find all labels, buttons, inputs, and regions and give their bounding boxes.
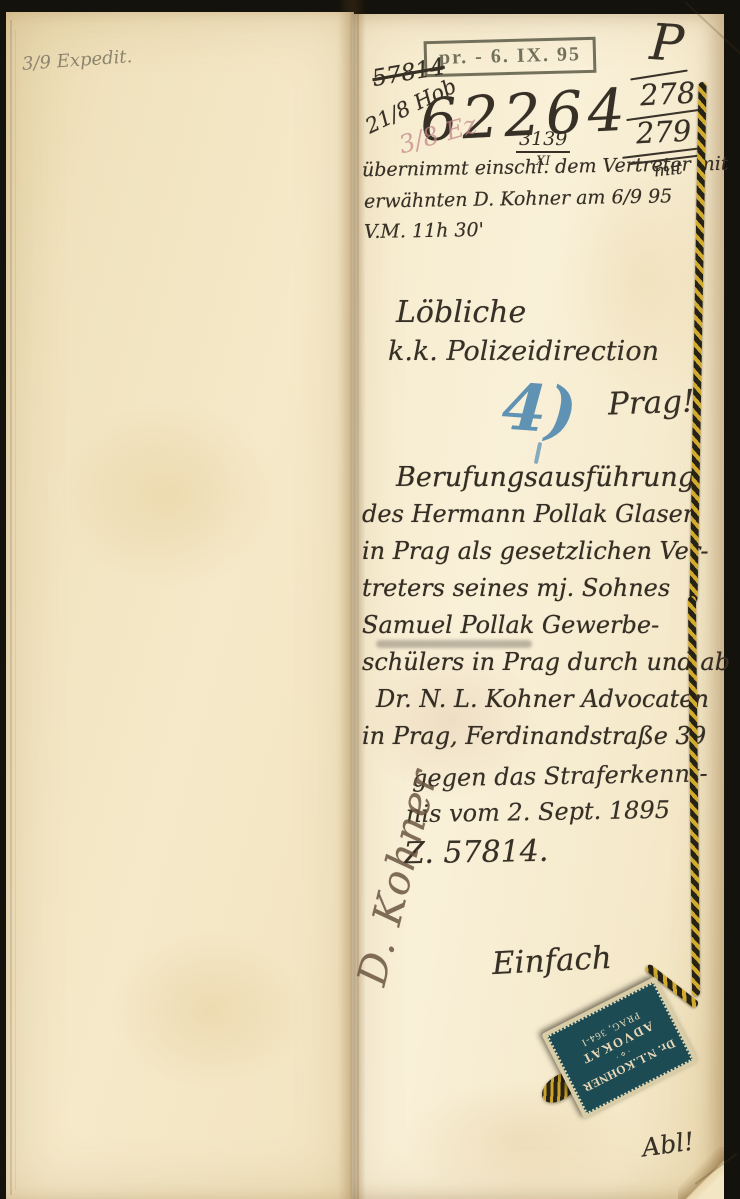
address-line-1: Löbliche xyxy=(396,298,526,328)
registry-note-line: V.M. 11h 30' xyxy=(364,221,484,242)
page-mark: P xyxy=(648,17,685,69)
body-line: des Hermann Pollak Glaser xyxy=(362,496,734,533)
address-line-2: k.k. Polizeidirection xyxy=(388,338,659,365)
graphite-smudge-underline xyxy=(376,640,532,648)
body-line: treters seines mj. Sohnes xyxy=(362,570,734,607)
body-line: in Prag, Ferdinandstraße 39 xyxy=(362,718,734,755)
body-paragraph: Berufungsausführung des Hermann Pollak G… xyxy=(362,459,734,755)
body-line: in Prag als gesetzlichen Ver- xyxy=(362,533,734,570)
fold-line xyxy=(357,14,359,1199)
address-city: Prag! xyxy=(607,387,694,421)
folio-flourish: mit xyxy=(653,161,683,181)
body-line: schülers in Prag durch und ab xyxy=(362,644,734,681)
dispatch-note: Einfach xyxy=(491,943,612,980)
page-edge-line xyxy=(10,20,12,1195)
subject-line: nis vom 2. Sept. 1895 xyxy=(406,798,670,827)
fraction-numerator: 3139 xyxy=(516,128,570,153)
page-edge-line xyxy=(15,30,16,1190)
left-blank-page xyxy=(6,12,354,1199)
document-scan: 3/9 Expedit. pr. - 6. IX. 95 57814 21/8 … xyxy=(0,0,740,1199)
received-date-stamp: pr. - 6. IX. 95 xyxy=(424,37,597,77)
blue-crayon-mark: 4) xyxy=(500,375,579,444)
body-line: Samuel Pollak Gewerbe- xyxy=(362,607,734,644)
body-line: Dr. N. L. Kohner Advocaten xyxy=(362,681,734,718)
registry-note-line: erwähnten D. Kohner am 6/9 95 xyxy=(364,187,673,211)
folio-number-278: 278 xyxy=(639,79,696,111)
subject-line: gegen das Straferkennt- xyxy=(412,761,708,790)
body-title: Berufungsausführung xyxy=(362,459,734,496)
folio-number-279: 279 xyxy=(635,117,692,149)
